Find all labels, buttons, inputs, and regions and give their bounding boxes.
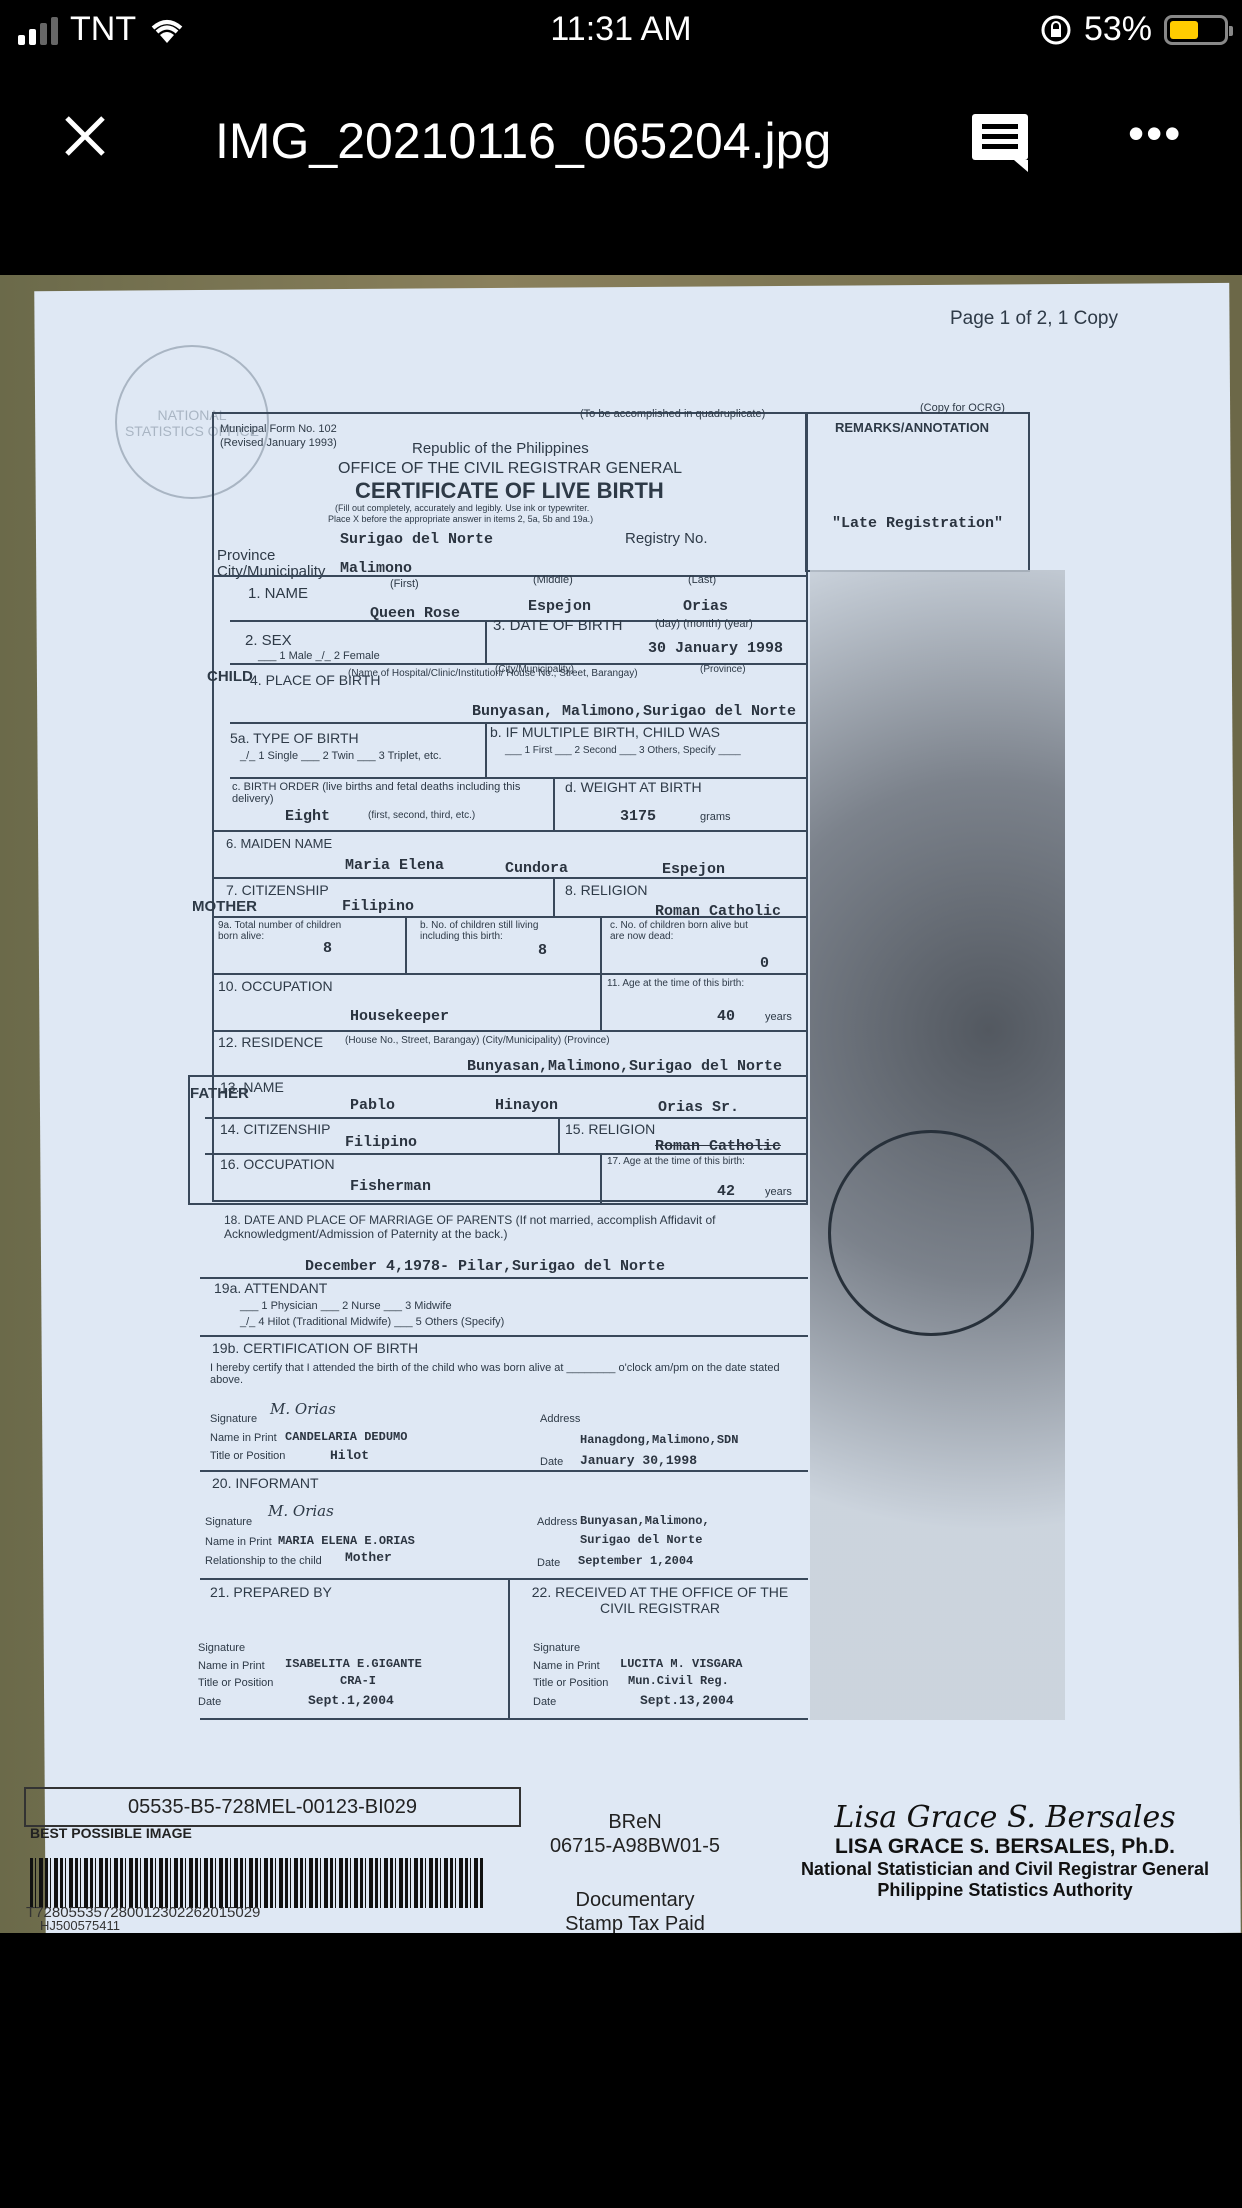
remarks-box	[805, 412, 1030, 572]
birth-type-label: 5a. TYPE OF BIRTH	[230, 730, 359, 746]
cert-address-label: Address	[540, 1413, 580, 1425]
office-label: OFFICE OF THE CIVIL REGISTRAR GENERAL	[338, 460, 682, 478]
received-title-label: Title or Position	[533, 1677, 608, 1689]
relationship-value: Mother	[345, 1550, 392, 1565]
cert-name-label: Name in Print	[210, 1432, 277, 1444]
living-label: b. No. of children still living includin…	[420, 920, 540, 942]
birth-order-value: Eight	[285, 808, 330, 825]
cert-title-label: Title or Position	[210, 1450, 285, 1462]
instructions-2: Place X before the appropriate answer in…	[328, 514, 593, 524]
marriage-value: December 4,1978- Pilar,Surigao del Norte	[305, 1258, 665, 1275]
civil-registrar-stamp	[828, 1130, 1034, 1336]
informant-signature: M. Orias	[268, 1502, 334, 1520]
certificate-title: CERTIFICATE OF LIVE BIRTH	[355, 478, 664, 504]
informant-address-2: Surigao del Norte	[580, 1533, 702, 1547]
prepared-date: Sept.1,2004	[308, 1693, 394, 1708]
father-side-label: FATHER	[190, 1085, 206, 1103]
born-alive-value: 8	[323, 940, 332, 957]
registry-label: Registry No.	[625, 530, 708, 547]
weight-label: d. WEIGHT AT BIRTH	[565, 779, 702, 795]
informant-name-label: Name in Print	[205, 1536, 272, 1548]
attendant-label: 19a. ATTENDANT	[214, 1280, 327, 1296]
mother-age-label: 11. Age at the time of this birth:	[607, 978, 747, 989]
informant-address-label: Address	[537, 1516, 577, 1528]
received-name-label: Name in Print	[533, 1660, 600, 1672]
certificate-number: 05535-B5-728MEL-00123-BI029	[24, 1787, 521, 1827]
received-title: Mun.Civil Reg.	[628, 1674, 729, 1688]
residence-label: 12. RESIDENCE	[218, 1034, 323, 1050]
mother-occupation-label: 10. OCCUPATION	[218, 978, 333, 994]
informant-address-1: Bunyasan,Malimono,	[580, 1514, 710, 1528]
mother-first-name: Maria Elena	[345, 857, 444, 874]
born-alive-label: 9a. Total number of children born alive:	[218, 920, 348, 942]
remarks-title: REMARKS/ANNOTATION	[835, 420, 989, 435]
multiple-birth-label: b. IF MULTIPLE BIRTH, CHILD WAS	[490, 724, 720, 740]
certification-label: 19b. CERTIFICATION OF BIRTH	[212, 1340, 418, 1356]
mother-age-unit: years	[765, 1011, 792, 1023]
received-by-label: 22. RECEIVED AT THE OFFICE OF THE CIVIL …	[530, 1584, 790, 1616]
maiden-name-label: 6. MAIDEN NAME	[226, 836, 332, 851]
received-date-label: Date	[533, 1696, 556, 1708]
father-citizenship-value: Filipino	[345, 1134, 417, 1151]
multiple-birth-options: ___ 1 First ___ 2 Second ___ 3 Others, S…	[505, 745, 741, 756]
cert-date-label: Date	[540, 1456, 563, 1468]
dob-parts: (day) (month) (year)	[655, 618, 753, 630]
relationship-label: Relationship to the child	[205, 1555, 322, 1567]
sex-label: 2. SEX	[245, 632, 292, 649]
living-value: 8	[538, 942, 547, 959]
prepared-title: CRA-I	[340, 1674, 376, 1688]
signatory-signature: Lisa Grace S. Bersales	[790, 1800, 1220, 1835]
birth-certificate: Page 1 of 2, 1 Copy NATIONAL STATISTICS …	[0, 0, 1242, 1933]
father-religion-label: 15. RELIGION	[565, 1121, 655, 1137]
pob-city: (City/Municipality)	[495, 664, 574, 675]
prepared-name: ISABELITA E.GIGANTE	[285, 1657, 422, 1671]
cert-signature: M. Orias	[270, 1400, 336, 1418]
informant-date-label: Date	[537, 1557, 560, 1569]
barcode	[30, 1858, 485, 1908]
attendant-options-1: ___ 1 Physician ___ 2 Nurse ___ 3 Midwif…	[240, 1300, 452, 1312]
child-name-label: 1. NAME	[248, 585, 308, 602]
mother-age-value: 40	[717, 1008, 735, 1025]
cert-date: January 30,1998	[580, 1453, 697, 1468]
dead-value: 0	[760, 955, 769, 972]
signatory-org: Philippine Statistics Authority	[790, 1880, 1220, 1901]
father-name-label: 13. NAME	[220, 1079, 284, 1095]
birth-order-label: c. BIRTH ORDER (live births and fetal de…	[232, 781, 532, 805]
bren-label: BReN	[540, 1810, 730, 1834]
prepared-date-label: Date	[198, 1696, 221, 1708]
bren-value: 06715-A98BW01-5	[540, 1834, 730, 1858]
informant-name: MARIA ELENA E.ORIAS	[278, 1534, 415, 1548]
bren-block: BReN 06715-A98BW01-5 Documentary Stamp T…	[540, 1810, 730, 1936]
prepared-title-label: Title or Position	[198, 1677, 273, 1689]
dead-label: c. No. of children born alive but are no…	[610, 920, 760, 942]
attendant-options-2: _/_ 4 Hilot (Traditional Midwife) ___ 5 …	[240, 1316, 504, 1328]
weight-value: 3175	[620, 808, 656, 825]
birth-type-options: _/_ 1 Single ___ 2 Twin ___ 3 Triplet, e…	[240, 750, 442, 762]
mother-religion-label: 8. RELIGION	[565, 882, 647, 898]
cert-address: Hanagdong,Malimono,SDN	[580, 1433, 738, 1447]
father-last-name: Orias Sr.	[658, 1099, 739, 1116]
quadruplicate-note: (To be accomplished in quadruplicate)	[580, 408, 765, 420]
copy-for: (Copy for OCRG)	[920, 402, 1005, 414]
mother-citizenship-label: 7. CITIZENSHIP	[226, 882, 329, 898]
signatory-name: LISA GRACE S. BERSALES, Ph.D.	[790, 1835, 1220, 1859]
birth-order-hint: (first, second, third, etc.)	[368, 810, 475, 821]
sex-options: ___ 1 Male _/_ 2 Female	[258, 650, 380, 662]
father-age-label: 17. Age at the time of this birth:	[607, 1156, 747, 1167]
cert-name: CANDELARIA DEDUMO	[285, 1430, 407, 1444]
residence-hint: (House No., Street, Barangay) (City/Muni…	[345, 1035, 610, 1046]
child-side-label: CHILD	[207, 668, 223, 686]
father-occupation-value: Fisherman	[350, 1178, 431, 1195]
received-date: Sept.13,2004	[640, 1693, 734, 1708]
child-last-name: Orias	[683, 598, 728, 615]
best-image-label: BEST POSSIBLE IMAGE	[30, 1825, 192, 1841]
dob-label: 3. DATE OF BIRTH	[493, 617, 622, 634]
province-value: Surigao del Norte	[340, 531, 493, 548]
father-age-unit: years	[765, 1186, 792, 1198]
mother-occupation-value: Housekeeper	[350, 1008, 449, 1025]
cert-title: Hilot	[330, 1448, 369, 1463]
mother-last-name: Espejon	[662, 861, 725, 878]
page-info: Page 1 of 2, 1 Copy	[950, 308, 1118, 330]
father-citizenship-label: 14. CITIZENSHIP	[220, 1121, 330, 1137]
father-occupation-label: 16. OCCUPATION	[220, 1156, 335, 1172]
child-middle-name: Espejon	[528, 598, 591, 615]
instructions: (Fill out completely, accurately and leg…	[335, 503, 589, 513]
pob-hint: (Name of Hospital/Clinic/Institution/ Ho…	[348, 668, 638, 679]
father-first-name: Pablo	[350, 1097, 395, 1114]
province-label: Province	[217, 547, 275, 564]
prepared-by-label: 21. PREPARED BY	[210, 1584, 332, 1600]
signatory-title: National Statistician and Civil Registra…	[790, 1859, 1220, 1880]
doc-stamp-label: Documentary	[540, 1888, 730, 1912]
republic-label: Republic of the Philippines	[412, 440, 589, 457]
pob-province: (Province)	[700, 664, 746, 675]
weight-unit: grams	[700, 811, 731, 823]
mother-citizenship-value: Filipino	[342, 898, 414, 915]
viewer-bottom-area	[0, 1933, 1242, 2208]
marriage-label: 18. DATE AND PLACE OF MARRIAGE OF PARENT…	[224, 1213, 799, 1241]
prepared-signature-label: Signature	[198, 1642, 245, 1654]
certification-text: I hereby certify that I attended the bir…	[210, 1362, 810, 1386]
middle-label: (Middle)	[533, 574, 573, 586]
city-label: City/Municipality	[217, 563, 325, 580]
signatory-block: Lisa Grace S. Bersales LISA GRACE S. BER…	[790, 1800, 1220, 1901]
received-name: LUCITA M. VISGARA	[620, 1657, 742, 1671]
dob-value: 30 January 1998	[648, 640, 783, 657]
received-signature-label: Signature	[533, 1642, 580, 1654]
mother-side-label: MOTHER	[192, 898, 208, 916]
prepared-name-label: Name in Print	[198, 1660, 265, 1672]
form-no: Municipal Form No. 102	[220, 423, 337, 435]
form-revised: (Revised January 1993)	[220, 437, 337, 449]
pob-value: Bunyasan, Malimono,Surigao del Norte	[472, 703, 796, 720]
residence-value: Bunyasan,Malimono,Surigao del Norte	[467, 1058, 782, 1075]
first-label: (First)	[390, 578, 419, 590]
father-age-value: 42	[717, 1183, 735, 1200]
barcode-sub: HJ500575411	[40, 1918, 120, 1933]
informant-date: September 1,2004	[578, 1554, 693, 1568]
cert-signature-label: Signature	[210, 1413, 257, 1425]
remarks-value: "Late Registration"	[832, 515, 1003, 532]
father-middle-name: Hinayon	[495, 1097, 558, 1114]
mother-middle-name: Cundora	[505, 860, 568, 877]
informant-signature-label: Signature	[205, 1516, 252, 1528]
last-label: (Last)	[688, 574, 716, 586]
informant-label: 20. INFORMANT	[212, 1475, 319, 1491]
